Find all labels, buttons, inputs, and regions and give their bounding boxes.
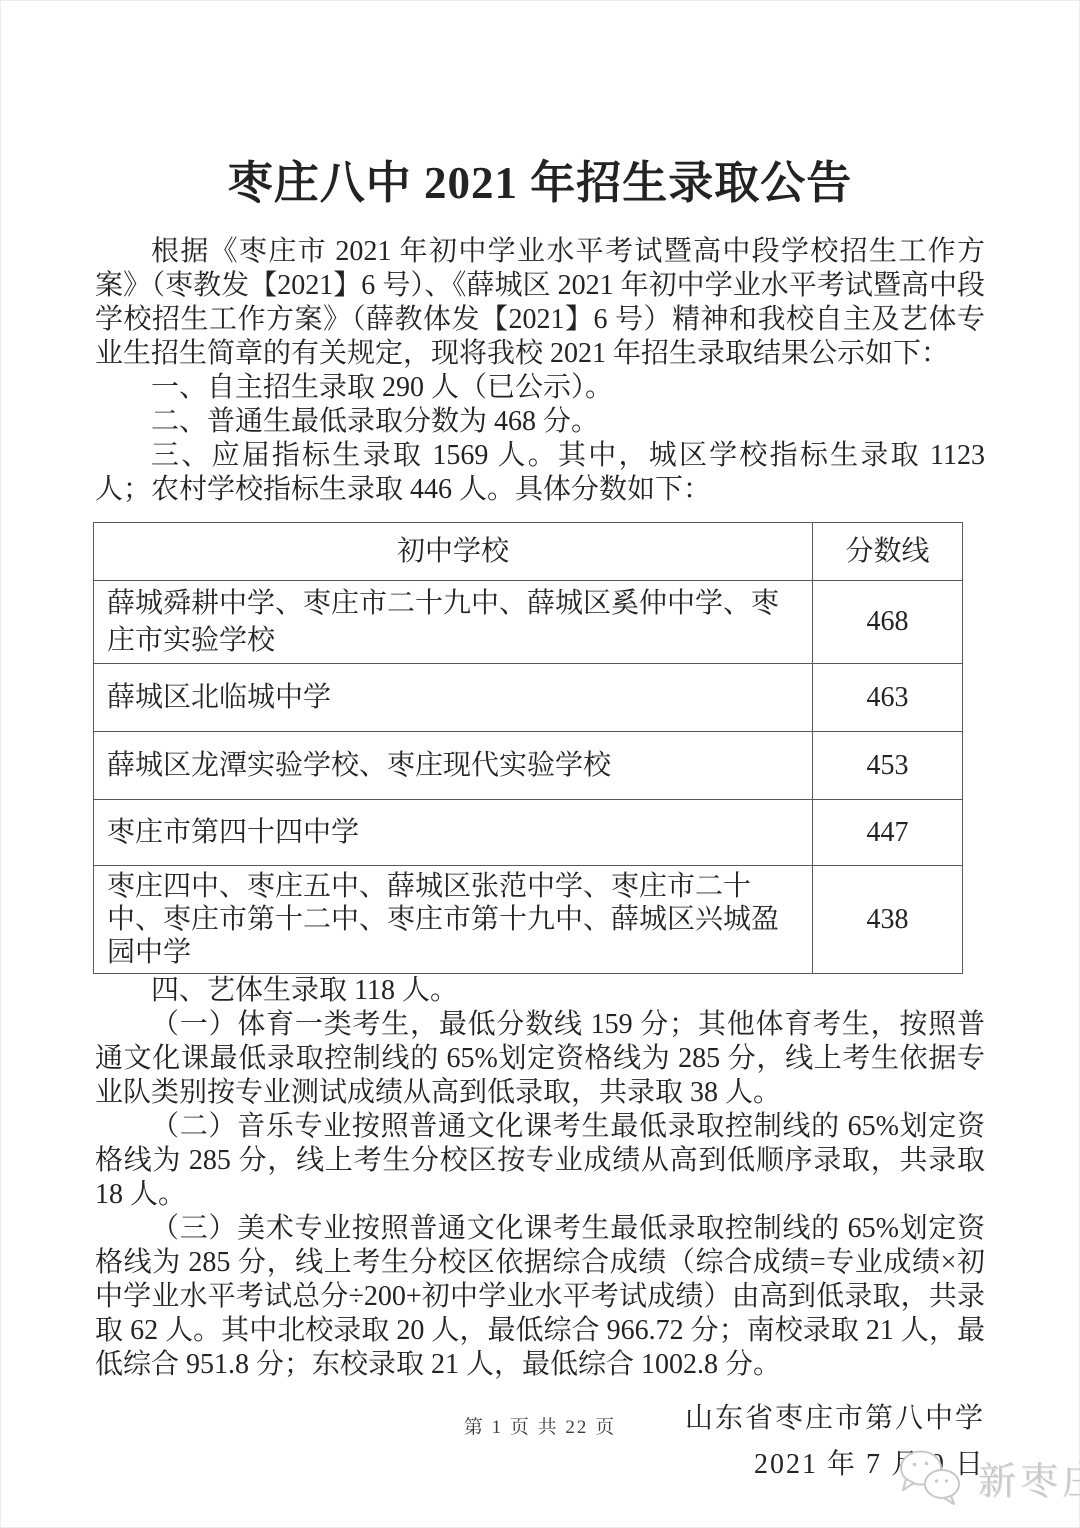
score-cell: 463 [813, 664, 963, 732]
column-header-score: 分数线 [813, 523, 963, 581]
page-number: 第 1 页 共 22 页 [0, 1412, 1080, 1439]
school-names-cell: 枣庄四中、枣庄五中、薛城区张范中学、枣庄市二十中、枣庄市第十二中、枣庄市第十九中… [94, 866, 813, 974]
school-names-cell: 薛城区龙潭实验学校、枣庄现代实验学校 [94, 732, 813, 800]
score-cell: 438 [813, 866, 963, 974]
sub-item-3: （三）美术专业按照普通文化课考生最低录取控制线的 65%划定资格线为 285 分… [95, 1212, 985, 1382]
table-header-row: 初中学校 分数线 [94, 523, 963, 581]
scanned-document: { "doc": { "title": "枣庄八中 2021 年招生录取公告",… [0, 0, 1080, 1528]
table-row: 枣庄四中、枣庄五中、薛城区张范中学、枣庄市二十中、枣庄市第十二中、枣庄市第十九中… [94, 866, 963, 974]
table-row: 薛城区北临城中学 463 [94, 664, 963, 732]
sub-item-2: （二）音乐专业按照普通文化课考生最低录取控制线的 65%划定资格线为 285 分… [95, 1110, 985, 1212]
list-item-1: 一、自主招生录取 290 人（已公示）。 [95, 371, 985, 405]
school-names-cell: 薛城舜耕中学、枣庄市二十九中、薛城区奚仲中学、枣庄市实验学校 [94, 581, 813, 664]
signature-date: 2021 年 7 月 9 日 [95, 1442, 985, 1488]
score-table: 初中学校 分数线 薛城舜耕中学、枣庄市二十九中、薛城区奚仲中学、枣庄市实验学校 … [93, 522, 963, 974]
score-cell: 468 [813, 581, 963, 664]
list-item-4: 四、艺体生录取 118 人。 [95, 974, 985, 1008]
watermark: 新枣庄 [896, 1448, 1080, 1506]
watermark-label: 新枣庄 [978, 1450, 1080, 1505]
column-header-school: 初中学校 [94, 523, 813, 581]
document-body: 根据《枣庄市 2021 年初中学业水平考试暨高中段学校招生工作方案》（枣教发【2… [95, 235, 985, 1488]
table-row: 薛城舜耕中学、枣庄市二十九中、薛城区奚仲中学、枣庄市实验学校 468 [94, 581, 963, 664]
document-page: 枣庄八中 2021 年招生录取公告 根据《枣庄市 2021 年初中学业水平考试暨… [95, 0, 985, 1488]
sub-item-1: （一）体育一类考生，最低分数线 159 分；其他体育考生，按照普通文化课最低录取… [95, 1008, 985, 1110]
score-cell: 453 [813, 732, 963, 800]
table-row: 枣庄市第四十四中学 447 [94, 800, 963, 866]
score-cell: 447 [813, 800, 963, 866]
list-item-2: 二、普通生最低录取分数为 468 分。 [95, 405, 985, 439]
page-title: 枣庄八中 2021 年招生录取公告 [95, 146, 985, 211]
list-item-3: 三、应届指标生录取 1569 人。其中，城区学校指标生录取 1123 人；农村学… [95, 439, 985, 507]
wechat-icon [896, 1448, 966, 1506]
intro-paragraph: 根据《枣庄市 2021 年初中学业水平考试暨高中段学校招生工作方案》（枣教发【2… [95, 235, 985, 371]
table-row: 薛城区龙潭实验学校、枣庄现代实验学校 453 [94, 732, 963, 800]
signature-block: 山东省枣庄市第八中学 2021 年 7 月 9 日 [95, 1396, 985, 1488]
school-names-cell: 枣庄市第四十四中学 [94, 800, 813, 866]
school-names-cell: 薛城区北临城中学 [94, 664, 813, 732]
